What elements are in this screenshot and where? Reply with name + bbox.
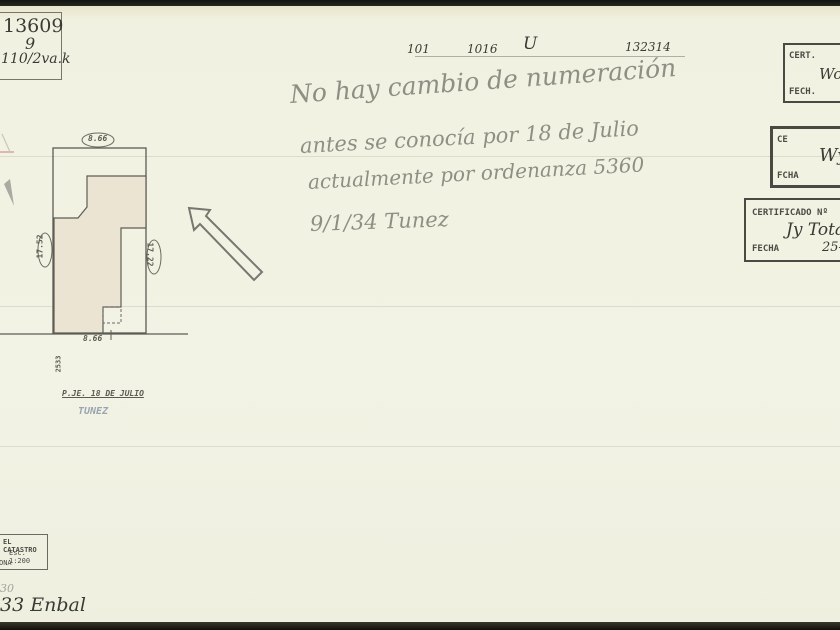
note-line-2: antes se conocía por 18 de Julio <box>299 116 639 158</box>
note-line-4: 9/1/34 Tunez <box>310 207 450 236</box>
stamp-3-signature: Jy Total <box>786 220 840 240</box>
stamp-3-date: 25- <box>822 240 840 255</box>
parcel-plan <box>0 124 200 354</box>
header-field-2: 1016 <box>467 42 498 56</box>
stamp-1-signature: Woo <box>819 65 840 83</box>
catastro-stamp: EL CATASTRO Esc. 1:200 ONA <box>0 534 48 570</box>
catastro-stamp-line3: ONA <box>0 559 12 567</box>
section-label: TUNEZ <box>78 406 108 417</box>
document-page: 13609 9 110/2va.k 101 1016 U 132314 No h… <box>0 6 840 624</box>
header-field-1: 101 <box>407 42 430 56</box>
left-dimension: 17.52 <box>36 234 45 258</box>
catastro-stamp-scale: Esc. 1:200 <box>9 549 47 565</box>
file-ref: 110/2va.k <box>1 51 71 67</box>
street-label: P.JE. 18 DE JULIO <box>62 389 144 398</box>
street-number: 2533 <box>54 356 62 373</box>
stamp-1-top-label: CERT. <box>789 51 816 61</box>
note-line-3: actualmente por ordenanza 5360 <box>307 152 644 194</box>
note-line-1: No hay cambio de numeración <box>289 53 677 109</box>
bottom-signature: 33 Enbal <box>0 594 86 616</box>
right-dimension: 17.22 <box>146 242 155 266</box>
certificate-stamp-2: CE Wy FCHA <box>770 126 840 188</box>
bottom-dimension: 8.66 <box>83 334 102 343</box>
top-dimension: 8.66 <box>88 134 107 143</box>
stamp-2-top-label: CE <box>777 135 788 145</box>
certificate-stamp-1: CERT. Woo FECH. <box>783 43 840 103</box>
ruled-line <box>0 446 840 447</box>
stamp-3-top-label: CERTIFICADO Nº <box>752 208 828 218</box>
stamp-2-signature: Wy <box>819 145 840 166</box>
scan-bottom-edge <box>0 622 840 630</box>
header-field-3: U <box>523 34 537 54</box>
stamp-3-bottom-label: FECHA <box>752 244 779 254</box>
certificate-stamp-3: CERTIFICADO Nº Jy Total FECHA 25- <box>744 198 840 262</box>
stamp-1-bottom-label: FECH. <box>789 87 816 97</box>
corner-reference-box: 13609 9 110/2va.k <box>0 12 62 80</box>
header-field-4: 132314 <box>625 40 671 54</box>
stamp-2-bottom-label: FCHA <box>777 171 799 181</box>
